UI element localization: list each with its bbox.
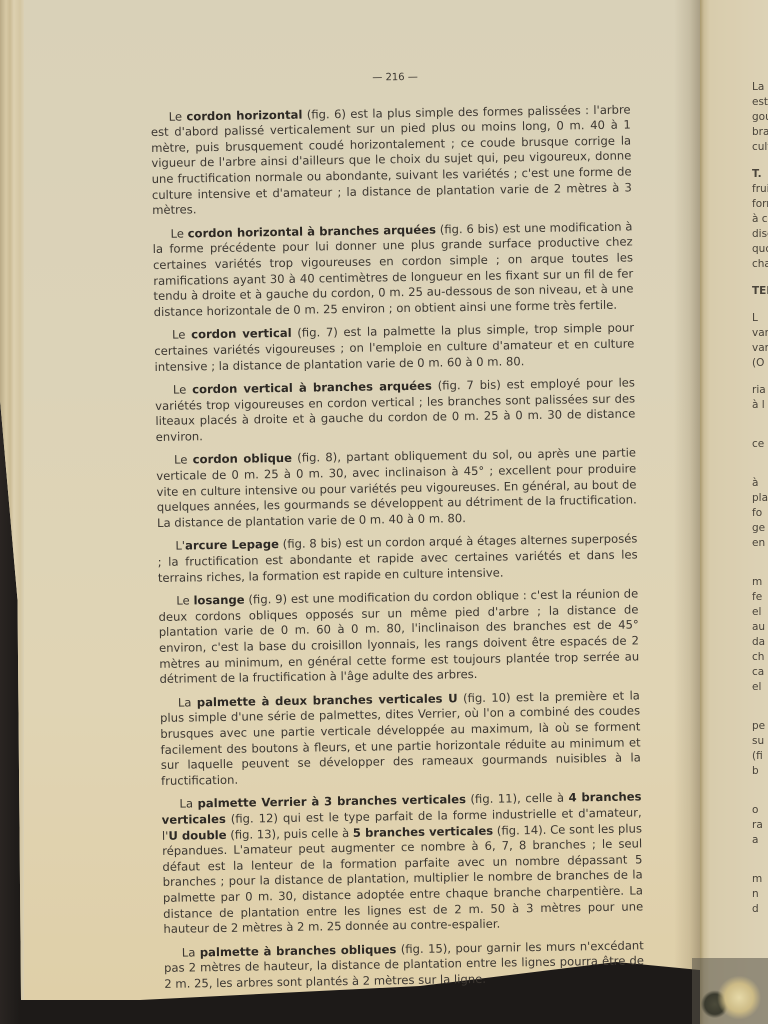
facing-page-fragment: cultu [752, 140, 768, 155]
facing-page-fragment: à [752, 476, 768, 491]
facing-page-fragment: fruit [752, 182, 768, 197]
term: arcure Lepage [185, 537, 279, 552]
facing-page-fragment: o [752, 803, 768, 818]
term: cordon horizontal [186, 107, 302, 123]
term: U double [168, 827, 226, 842]
paragraph-cordon-horizontal-arquees: Le cordon horizontal à branches arquées … [152, 219, 633, 320]
facing-page-fragment [752, 272, 768, 284]
text: (fig. 11), celle à [466, 791, 569, 807]
text: Le [174, 453, 193, 467]
text: La [179, 797, 197, 811]
text: (fig. 13), puis celle à [226, 825, 353, 841]
facing-page-fragment [752, 551, 768, 563]
facing-page-fragment: ge [752, 521, 768, 536]
facing-page-fragment: T. [752, 167, 768, 182]
facing-page-text-fragments: Laest àgourbrancultuT.fruitformà cdiscqu… [752, 80, 768, 917]
facing-page-fragment: m [752, 872, 768, 887]
facing-page-fragment: ce [752, 437, 768, 452]
paragraph-palmette-obliques: La palmette à branches obliques (fig. 15… [164, 938, 645, 992]
facing-page-fragment: bran [752, 125, 768, 140]
facing-page-fragment: gour [752, 110, 768, 125]
facing-page-fragment: fo [752, 506, 768, 521]
facing-page-fragment [752, 155, 768, 167]
facing-page-fragment: est à [752, 95, 768, 110]
facing-page-fragment: su [752, 734, 768, 749]
paragraph-cordon-oblique: Le cordon oblique (fig. 8), partant obli… [156, 446, 637, 531]
facing-page-fragment: à c [752, 212, 768, 227]
term: palmette à branches obliques [200, 942, 397, 959]
gutter-shadow [674, 0, 700, 1000]
facing-page-fragment: cha [752, 257, 768, 272]
facing-page-fragment: el [752, 605, 768, 620]
facing-page-fragment [752, 848, 768, 860]
term: cordon oblique [193, 451, 293, 467]
text: La [178, 695, 197, 709]
paragraph-cordon-vertical-arquees: Le cordon vertical à branches arquées (f… [155, 376, 636, 446]
facing-page-fragment: var [752, 326, 768, 341]
facing-page-fragment: d [752, 902, 768, 917]
facing-page-fragment: ra [752, 818, 768, 833]
facing-page-fragment: L [752, 311, 768, 326]
facing-page-fragment: form [752, 197, 768, 212]
paragraph-cordon-vertical: Le cordon vertical (fig. 7) est la palme… [154, 321, 635, 375]
paragraph-losange: Le losange (fig. 9) est une modification… [158, 587, 639, 688]
facing-page-fragment: b [752, 764, 768, 779]
facing-page-fragment: La [752, 80, 768, 95]
facing-page-fragment: pe [752, 719, 768, 734]
facing-page-fragment: (fi [752, 749, 768, 764]
facing-page-fragment: da [752, 635, 768, 650]
text: Le [169, 109, 187, 123]
facing-page: Laest àgourbrancultuT.fruitformà cdiscqu… [700, 0, 768, 1024]
text: Le [173, 382, 192, 396]
facing-page-fragment: ria [752, 383, 768, 398]
facing-page-fragment: TER [752, 284, 768, 299]
facing-page-fragment [752, 860, 768, 872]
text: Le [172, 328, 191, 342]
facing-page-fragment [752, 695, 768, 707]
facing-page-fragment [752, 413, 768, 425]
facing-page-fragment: quc [752, 242, 768, 257]
text: Le [170, 226, 187, 240]
paragraph-cordon-horizontal: Le cordon horizontal (fig. 6) est la plu… [151, 102, 633, 219]
facing-page-fragment [752, 707, 768, 719]
facing-page-fragment: n [752, 887, 768, 902]
facing-page-fragment: pla [752, 491, 768, 506]
text: L' [175, 539, 185, 553]
term: losange [193, 593, 244, 608]
corner-object [692, 958, 768, 1024]
facing-page-fragment: ch [752, 650, 768, 665]
facing-page-fragment: el [752, 680, 768, 695]
term: cordon vertical [191, 326, 292, 342]
term: 5 branches verticales [353, 823, 493, 839]
facing-page-fragment: disc [752, 227, 768, 242]
facing-page-fragment: à l [752, 398, 768, 413]
facing-page-fragment: (O [752, 356, 768, 371]
paragraph-arcure-lepage: L'arcure Lepage (fig. 8 bis) est un cord… [157, 532, 638, 586]
facing-page-fragment: au [752, 620, 768, 635]
facing-page-fragment: var [752, 341, 768, 356]
facing-page-fragment: en [752, 536, 768, 551]
facing-page-fragment [752, 299, 768, 311]
facing-page-fragment [752, 791, 768, 803]
facing-page-fragment: fe [752, 590, 768, 605]
facing-page-fragment [752, 779, 768, 791]
facing-page-fragment [752, 464, 768, 476]
facing-page-fragment [752, 425, 768, 437]
facing-page-fragment: m [752, 575, 768, 590]
paragraph-palmette-u: La palmette à deux branches verticales U… [160, 688, 641, 789]
facing-page-fragment: ca [752, 665, 768, 680]
term: cordon vertical à branches arquées [192, 379, 432, 397]
paragraph-palmette-verrier: La palmette Verrier à 3 branches vertica… [161, 790, 643, 938]
facing-page-fragment [752, 371, 768, 383]
facing-page-fragment [752, 452, 768, 464]
text: Le [176, 594, 193, 608]
facing-page-fragment [752, 563, 768, 575]
text: La [182, 945, 200, 959]
page-text: — 216 — Le cordon horizontal (fig. 6) es… [150, 66, 644, 1000]
facing-page-fragment: a [752, 833, 768, 848]
